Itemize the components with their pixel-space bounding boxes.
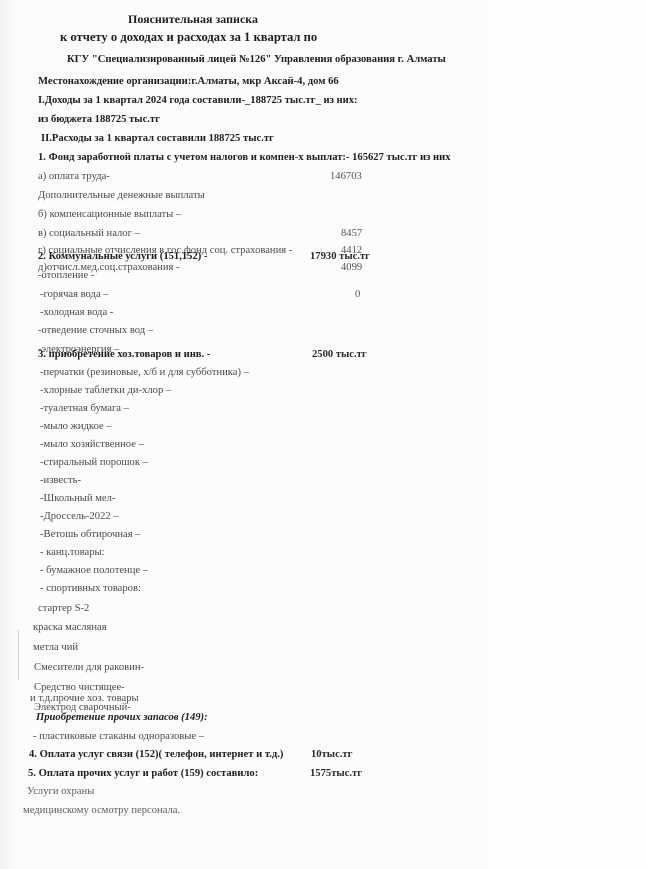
section5-total: 1575тыс.тг bbox=[310, 767, 362, 780]
row-label: -хлорные таблетки ди-хлор – bbox=[40, 384, 171, 397]
row-label: Дополнительные денежные выплаты bbox=[38, 189, 205, 202]
row-label: - бумажное полотенце – bbox=[40, 564, 148, 577]
row-label: -стиральный порошок – bbox=[40, 456, 148, 469]
section1-heading: 1. Фонд заработной платы с учетом налого… bbox=[38, 151, 451, 164]
row-value: 8457 bbox=[341, 227, 362, 240]
expenses-heading: II.Расходы за 1 квартал составили 188725… bbox=[41, 132, 274, 145]
section5-item-security: Услуги охраны bbox=[27, 785, 94, 798]
section2-total: 17930 тыс.тг bbox=[310, 250, 370, 263]
row-value: 146703 bbox=[330, 170, 362, 183]
row-label: -известь- bbox=[40, 474, 81, 487]
section4-total: 10тыс.тг bbox=[311, 748, 352, 761]
document-title: Пояснительная записка bbox=[128, 13, 258, 26]
other-stocks-heading: Приобретение прочих запасов (149): bbox=[36, 711, 208, 724]
row-label: -перчатки (резиновые, х/б и для субботни… bbox=[40, 366, 249, 379]
row-label: краска масляная bbox=[33, 621, 107, 634]
section5-item-medical: медицинскому осмотру персонала. bbox=[23, 804, 180, 817]
section1-heading-text: 1. Фонд заработной платы с учетом налого… bbox=[38, 152, 451, 163]
section2-heading: 2. Коммунальные услуги (151,152) - bbox=[38, 250, 207, 263]
row-label: -Школьный мел- bbox=[40, 492, 115, 505]
row-value: 0 bbox=[355, 288, 360, 301]
scan-edge-mark bbox=[18, 630, 19, 680]
row-label: -отопление - bbox=[38, 269, 94, 282]
row-label: -туалетная бумага – bbox=[40, 402, 129, 415]
row-label: -мыло хозяйственное – bbox=[40, 438, 144, 451]
organization-name: КГУ "Специализированный лицей №126" Упра… bbox=[67, 53, 446, 66]
row-label: Смесители для раковин- bbox=[34, 661, 144, 674]
row-label: б) компенсационные выплаты – bbox=[38, 208, 181, 221]
row-label: в) социальный налог – bbox=[38, 227, 140, 240]
organization-location: Местонахождение организации:г.Алматы, мк… bbox=[38, 75, 339, 88]
section4-heading: 4. Оплата услуг связи (152)( телефон, ин… bbox=[29, 748, 283, 761]
row-label: - спортивных товаров: bbox=[40, 582, 141, 595]
row-label: метла чий bbox=[33, 641, 78, 654]
row-label: а) оплата труда- bbox=[38, 170, 110, 183]
row-label: и т.д.прочие хоз. товары bbox=[30, 692, 139, 705]
document-subtitle: к отчету о доходах и расходах за 1 кварт… bbox=[60, 31, 317, 44]
row-label: -мыло жидкое – bbox=[40, 420, 112, 433]
section5-heading: 5. Оплата прочих услуг и работ (159) сос… bbox=[28, 767, 258, 780]
income-heading: I.Доходы за 1 квартал 2024 года составил… bbox=[38, 94, 358, 107]
row-label: -Дроссель-2022 – bbox=[40, 510, 119, 523]
row-label: -отведение сточных вод – bbox=[38, 324, 153, 337]
row-label: -горячая вода – bbox=[40, 288, 109, 301]
row-label: -Ветошь обтирочная – bbox=[40, 528, 141, 541]
row-label: -холодная вода - bbox=[40, 306, 113, 319]
row-label: - канц.товары: bbox=[40, 546, 105, 559]
other-stocks-item: - пластиковые стаканы одноразовые – bbox=[33, 730, 204, 743]
section3-total: 2500 тыс.тг bbox=[312, 348, 367, 361]
section3-heading: 3. приобретение хоз.товаров и инв. - bbox=[38, 348, 210, 361]
document-page: Пояснительная записка к отчету о доходах… bbox=[0, 0, 646, 869]
row-label: стартер S-2 bbox=[38, 602, 89, 615]
income-from-budget: из бюджета 188725 тыс.тг bbox=[38, 113, 160, 126]
